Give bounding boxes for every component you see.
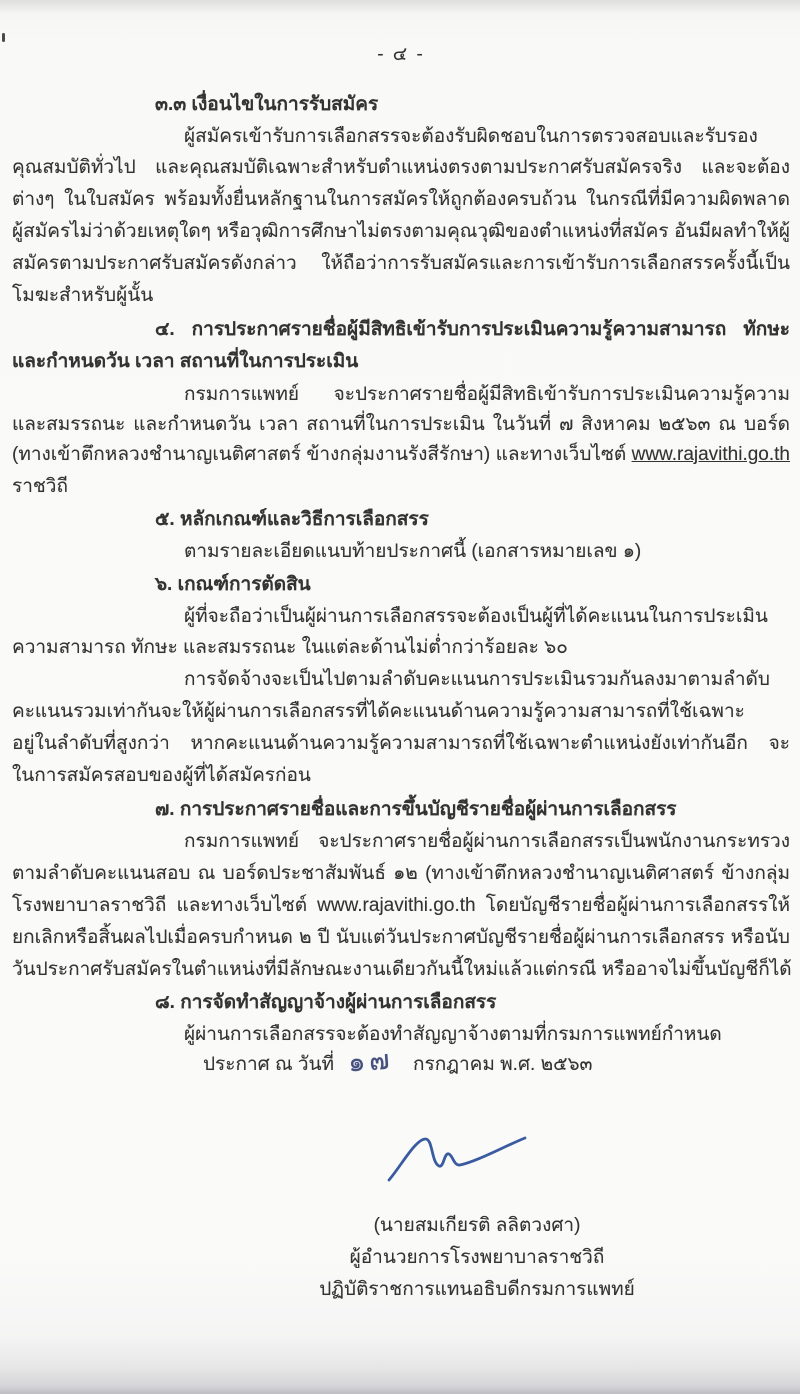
announce-date-line: ประกาศ ณ วันที่ ๑๗ กรกฎาคม พ.ศ. ๒๕๖๓: [0, 1049, 800, 1089]
paragraph-line: ผู้สมัครไม่ว่าด้วยเหตุใดๆ หรือวุฒิการศึก…: [12, 216, 790, 248]
paragraph-line: กรมการแพทย์ จะประกาศรายชื่อผู้มีสิทธิเข้…: [12, 379, 790, 411]
signer-title-2: ปฏิบัติราชการแทนอธิบดีกรมการแพทย์: [277, 1274, 677, 1306]
paragraph-line: อยู่ในลำดับที่สูงกว่า หากคะแนนด้านความรู…: [12, 728, 790, 760]
paragraph-line: ตามลำดับคะแนนสอบ ณ บอร์ดประชาสัมพันธ์ ๑๒…: [12, 858, 790, 890]
website-url-text: www.rajavithi.go.th: [632, 444, 790, 465]
handwritten-day: ๑๗: [347, 1037, 395, 1083]
paragraph-line: ในการสมัครสอบของผู้ที่ได้สมัครก่อน: [12, 760, 790, 792]
paragraph-line: และสมรรถนะ และกำหนดวัน เวลา สถานที่ในการ…: [12, 409, 790, 441]
section-4-heading-line-1: ๔. การประกาศรายชื่อผู้มีสิทธิเข้ารับการป…: [12, 314, 790, 346]
section-3-3-heading: ๓.๓ เงื่อนไขในการรับสมัคร: [12, 89, 790, 121]
section-6-heading: ๖. เกณฑ์การตัดสิน: [12, 569, 790, 601]
date-suffix: กรกฎาคม พ.ศ. ๒๕๖๓: [413, 1049, 593, 1081]
paragraph-line: ผู้สมัครเข้ารับการเลือกสรรจะต้องรับผิดชอ…: [12, 121, 790, 153]
signature-ink: [383, 1128, 533, 1190]
paragraph-line: กรมการแพทย์ จะประกาศรายชื่อผู้ผ่านการเลื…: [12, 826, 790, 858]
paragraph-line: ผู้ที่จะถือว่าเป็นผู้ผ่านการเลือกสรรจะต้…: [12, 601, 790, 633]
paragraph-line: ต่างๆ ในใบสมัคร พร้อมทั้งยื่นหลักฐานในกา…: [12, 184, 790, 216]
ink-speck: [2, 33, 5, 42]
page-number: - ๔ -: [12, 39, 790, 71]
scan-artifact-top-shadow: [0, 0, 800, 14]
paragraph-line: ตามรายละเอียดแนบท้ายประกาศนี้ (เอกสารหมา…: [12, 536, 790, 568]
paragraph-line: ผู้ผ่านการเลือกสรรจะต้องทำสัญญาจ้างตามที…: [12, 1019, 790, 1051]
scan-artifact-bottom-shadow: [0, 1336, 800, 1394]
signer-title-1: ผู้อำนวยการโรงพยาบาลราชวิถี: [277, 1242, 677, 1274]
paragraph-line: การจัดจ้างจะเป็นไปตามลำดับคะแนนการประเมิ…: [12, 664, 790, 696]
paragraph-line: วันประกาศรับสมัครในตำแหน่งที่มีลักษณะงาน…: [12, 954, 790, 986]
paragraph-line: โรงพยาบาลราชวิถี และทางเว็บไซต์ www.raja…: [12, 890, 790, 922]
section-8-heading: ๘. การจัดทำสัญญาจ้างผู้ผ่านการเลือกสรร: [12, 987, 790, 1019]
paragraph-line: คะแนนรวมเท่ากันจะให้ผู้ผ่านการเลือกสรรที…: [12, 696, 790, 728]
section-5-heading: ๕. หลักเกณฑ์และวิธีการเลือกสรร: [12, 504, 790, 536]
scanned-document-page: - ๔ - ๓.๓ เงื่อนไขในการรับสมัคร ผู้สมัคร…: [0, 0, 800, 1394]
paragraph-line: คุณสมบัติทั่วไป และคุณสมบัติเฉพาะสำหรับต…: [12, 152, 790, 184]
section-4-heading-line-2: และกำหนดวัน เวลา สถานที่ในการประเมิน: [12, 346, 790, 378]
paragraph-text: (ทางเข้าตึกหลวงชำนาญเนติศาสตร์ ข้างกลุ่ม…: [12, 444, 632, 465]
section-7-heading: ๗. การประกาศรายชื่อและการขึ้นบัญชีรายชื่…: [12, 794, 790, 826]
date-prefix: ประกาศ ณ วันที่: [203, 1049, 334, 1081]
paragraph-line: โมฆะสำหรับผู้นั้น: [12, 280, 790, 312]
paragraph-line: ยกเลิกหรือสิ้นผลไปเมื่อครบกำหนด ๒ ปี นับ…: [12, 922, 790, 954]
paragraph-line: สมัครตามประกาศรับสมัครดังกล่าว ให้ถือว่า…: [12, 248, 790, 280]
paragraph-line: ราชวิถี: [12, 471, 790, 503]
signer-name: (นายสมเกียรติ ลลิตวงศา): [277, 1210, 677, 1242]
paragraph-line: (ทางเข้าตึกหลวงชำนาญเนติศาสตร์ ข้างกลุ่ม…: [12, 439, 790, 471]
paragraph-line: ความสามารถ ทักษะ และสมรรถนะ ในแต่ละด้านไ…: [12, 632, 790, 664]
